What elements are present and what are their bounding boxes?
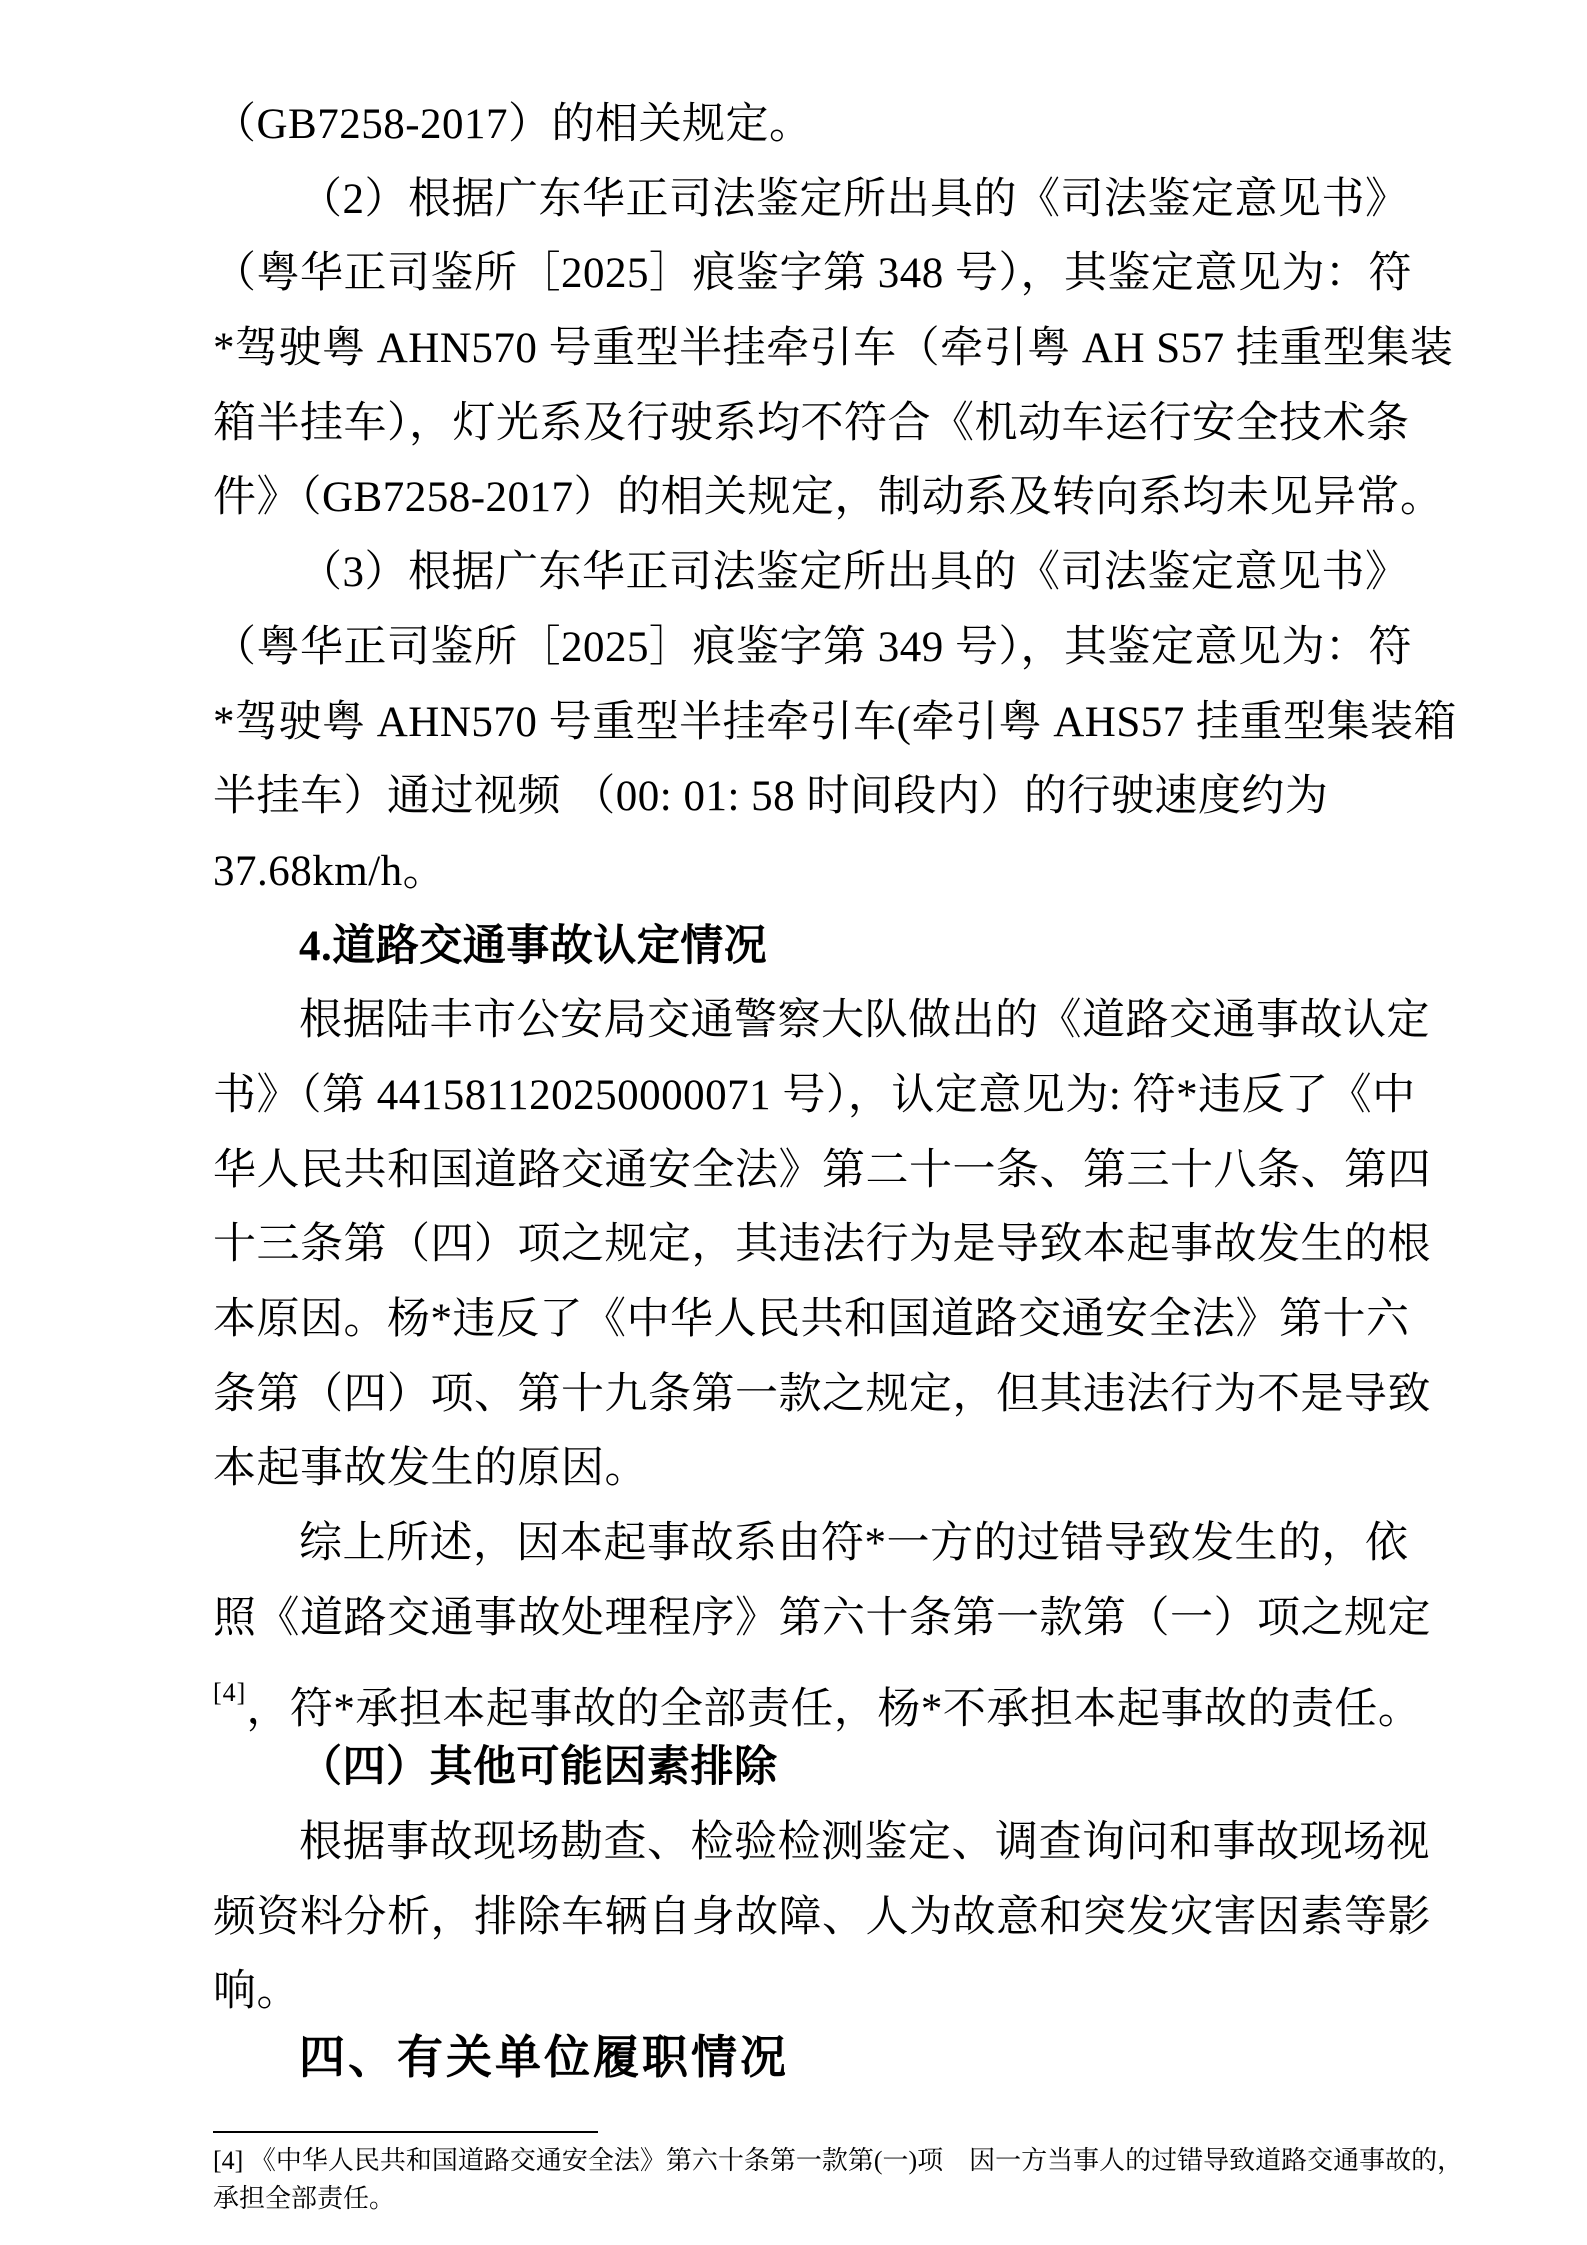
footnote-area: [4] 《中华人民共和国道路交通安全法》第六十条第一款第(一)项 因一方当事人的… bbox=[213, 2131, 1513, 2218]
body-text-line: 箱半挂车），灯光系及行驶系均不符合《机动车运行安全技术条 bbox=[213, 387, 1463, 462]
line-text: 本起事故发生的原因。 bbox=[213, 1445, 648, 1492]
line-text: 响。 bbox=[213, 1968, 300, 2015]
body-text-line: 华人民共和国道路交通安全法》第二十一条、第三十八条、第四 bbox=[213, 1134, 1463, 1209]
body-text-line: 书》（第 441581120250000071 号），认定意见为: 符*违反了《… bbox=[213, 1059, 1463, 1134]
body-text-line: 根据陆丰市公安局交通警察大队做出的《道路交通事故认定 bbox=[213, 984, 1463, 1059]
document-body: （GB7258-2017）的相关规定。（2）根据广东华正司法鉴定所出具的《司法鉴… bbox=[213, 88, 1463, 2095]
body-text-line: 条第（四）项、第十九条第一款之规定，但其违法行为不是导致 bbox=[213, 1358, 1463, 1433]
line-text: 条第（四）项、第十九条第一款之规定，但其违法行为不是导致 bbox=[213, 1371, 1431, 1418]
line-text: （粤华正司鉴所［2025］痕鉴字第 349 号），其鉴定意见为：符 bbox=[213, 624, 1412, 671]
body-text-line: 根据事故现场勘查、检验检测鉴定、调查询问和事故现场视 bbox=[213, 1806, 1463, 1881]
body-text-line: 37.68km/h。 bbox=[213, 835, 1463, 910]
body-text-line: 十三条第（四）项之规定，其违法行为是导致本起事故发生的根 bbox=[213, 1208, 1463, 1283]
body-text-line: （粤华正司鉴所［2025］痕鉴字第 348 号），其鉴定意见为：符 bbox=[213, 237, 1463, 312]
line-text: 37.68km/h。 bbox=[213, 848, 446, 895]
footnote-separator bbox=[213, 2131, 598, 2133]
body-text-line: 件》（GB7258-2017）的相关规定，制动系及转向系均未见异常。 bbox=[213, 461, 1463, 536]
line-text: 本原因。杨*违反了《中华人民共和国道路交通安全法》第十六 bbox=[213, 1296, 1410, 1343]
subsection-heading: 4.道路交通事故认定情况 bbox=[213, 910, 1463, 985]
body-text-line: 频资料分析，排除车辆自身故障、人为故意和突发灾害因素等影 bbox=[213, 1881, 1463, 1956]
line-text: 箱半挂车），灯光系及行驶系均不符合《机动车运行安全技术条 bbox=[213, 400, 1410, 447]
line-text: （粤华正司鉴所［2025］痕鉴字第 348 号），其鉴定意见为：符 bbox=[213, 250, 1412, 297]
line-text: 十三条第（四）项之规定，其违法行为是导致本起事故发生的根 bbox=[213, 1221, 1431, 1268]
line-text: 根据陆丰市公安局交通警察大队做出的《道路交通事故认定 bbox=[299, 997, 1430, 1044]
line-text: ，符*承担本起事故的全部责任，杨*不承担本起事故的责任。 bbox=[246, 1686, 1421, 1733]
body-text-line: 半挂车）通过视频 （00: 01: 58 时间段内）的行驶速度约为 bbox=[213, 760, 1463, 835]
line-text: 频资料分析，排除车辆自身故障、人为故意和突发灾害因素等影 bbox=[213, 1894, 1431, 1941]
body-text-line: （粤华正司鉴所［2025］痕鉴字第 349 号），其鉴定意见为：符 bbox=[213, 611, 1463, 686]
footnote-ref-superscript: [4] bbox=[213, 1678, 246, 1707]
body-text-line: （3）根据广东华正司法鉴定所出具的《司法鉴定意见书》 bbox=[213, 536, 1463, 611]
body-text-line: *驾驶粤 AHN570 号重型半挂牵引车（牵引粤 AH S57 挂重型集装 bbox=[213, 312, 1463, 387]
section-heading: 四、有关单位履职情况 bbox=[213, 2020, 1463, 2095]
body-text-line: 本起事故发生的原因。 bbox=[213, 1432, 1463, 1507]
line-text: 4.道路交通事故认定情况 bbox=[299, 923, 767, 970]
line-text: *驾驶粤 AHN570 号重型半挂牵引车（牵引粤 AH S57 挂重型集装 bbox=[213, 325, 1453, 372]
line-text: 四、有关单位履职情况 bbox=[299, 2031, 789, 2083]
body-text-line: 本原因。杨*违反了《中华人民共和国道路交通安全法》第十六 bbox=[213, 1283, 1463, 1358]
line-text: 件》（GB7258-2017）的相关规定，制动系及转向系均未见异常。 bbox=[213, 474, 1444, 521]
line-text: 华人民共和国道路交通安全法》第二十一条、第三十八条、第四 bbox=[213, 1147, 1431, 1194]
body-text-line: 照《道路交通事故处理程序》第六十条第一款第（一）项之规定 bbox=[213, 1582, 1463, 1657]
body-text-line: （GB7258-2017）的相关规定。 bbox=[213, 88, 1463, 163]
footnote-line: 承担全部责任。 bbox=[213, 2180, 1513, 2218]
line-text: （3）根据广东华正司法鉴定所出具的《司法鉴定意见书》 bbox=[299, 549, 1409, 596]
line-text: 照《道路交通事故处理程序》第六十条第一款第（一）项之规定 bbox=[213, 1595, 1431, 1642]
document-page: （GB7258-2017）的相关规定。（2）根据广东华正司法鉴定所出具的《司法鉴… bbox=[0, 0, 1587, 2245]
line-text: 综上所述，因本起事故系由符*一方的过错导致发生的，依 bbox=[299, 1520, 1409, 1567]
line-text: （2）根据广东华正司法鉴定所出具的《司法鉴定意见书》 bbox=[299, 176, 1409, 223]
body-text-line: （2）根据广东华正司法鉴定所出具的《司法鉴定意见书》 bbox=[213, 163, 1463, 238]
line-text: *驾驶粤 AHN570 号重型半挂牵引车(牵引粤 AHS57 挂重型集装箱 bbox=[213, 699, 1457, 746]
line-text: （GB7258-2017）的相关规定。 bbox=[213, 101, 813, 148]
line-text: 半挂车）通过视频 （00: 01: 58 时间段内）的行驶速度约为 bbox=[213, 773, 1328, 820]
body-text-line: 综上所述，因本起事故系由符*一方的过错导致发生的，依 bbox=[213, 1507, 1463, 1582]
body-text-line: *驾驶粤 AHN570 号重型半挂牵引车(牵引粤 AHS57 挂重型集装箱 bbox=[213, 686, 1463, 761]
line-text: 根据事故现场勘查、检验检测鉴定、调查询问和事故现场视 bbox=[299, 1819, 1430, 1866]
footnote-line: [4] 《中华人民共和国道路交通安全法》第六十条第一款第(一)项 因一方当事人的… bbox=[213, 2142, 1513, 2180]
body-text-line: 响。 bbox=[213, 1955, 1463, 2030]
line-text: （四）其他可能因素排除 bbox=[299, 1744, 778, 1791]
line-text: 书》（第 441581120250000071 号），认定意见为: 符*违反了《… bbox=[213, 1072, 1416, 1119]
body-text-line: [4]，符*承担本起事故的全部责任，杨*不承担本起事故的责任。 bbox=[213, 1656, 1463, 1731]
subsection-heading: （四）其他可能因素排除 bbox=[213, 1731, 1463, 1806]
